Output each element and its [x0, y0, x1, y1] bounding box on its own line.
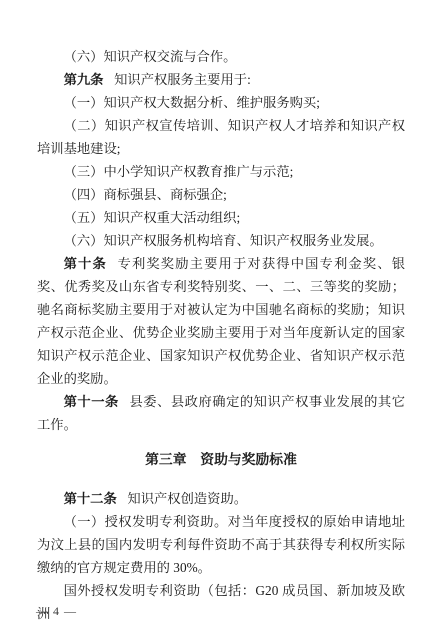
article-number: 第十一条 — [64, 394, 119, 409]
article-11-other-work: 第十一条县委、县政府确定的知识产权事业发展的其它工作。 — [37, 390, 405, 436]
article-body-text: 知识产权创造资助。 — [127, 491, 247, 506]
page-number: — 4 — — [36, 604, 77, 619]
paragraph-foreign-patent-subsidy: 国外授权发明专利资助（包括：G20 成员国、新加坡及欧洲 — [37, 579, 405, 625]
clause-6-exchange-cooperation: （六）知识产权交流与合作。 — [37, 45, 405, 68]
article-9-item-5: （五）知识产权重大活动组织; — [37, 206, 405, 229]
article-number: 第十二条 — [64, 491, 117, 506]
article-12-creation-subsidy: 第十二条知识产权创造资助。 — [37, 487, 405, 510]
document-page: （六）知识产权交流与合作。 第九条知识产权服务主要用于: （一）知识产权大数据分… — [0, 0, 441, 637]
article-9-item-2: （二）知识产权宣传培训、知识产权人才培养和知识产权培训基地建设; — [37, 114, 405, 160]
article-12-item-1: （一）授权发明专利资助。对当年度授权的原始申请地址为汶上县的国内发明专利每件资助… — [37, 510, 405, 579]
article-body-text: 专利奖奖励主要用于对获得中国专利金奖、银奖、优秀奖及山东省专利奖特别奖、一、二、… — [37, 256, 405, 386]
chapter-3-heading: 第三章 资助与奖励标准 — [37, 448, 405, 471]
article-9-item-1: （一）知识产权大数据分析、维护服务购买; — [37, 91, 405, 114]
article-9-services: 第九条知识产权服务主要用于: — [37, 68, 405, 91]
article-9-item-3: （三）中小学知识产权教育推广与示范; — [37, 160, 405, 183]
article-number: 第九条 — [64, 72, 104, 87]
article-9-item-4: （四）商标强县、商标强企; — [37, 183, 405, 206]
article-9-item-6: （六）知识产权服务机构培育、知识产权服务业发展。 — [37, 229, 405, 252]
article-number: 第十条 — [64, 256, 107, 271]
article-10-awards: 第十条专利奖奖励主要用于对获得中国专利金奖、银奖、优秀奖及山东省专利奖特别奖、一… — [37, 252, 405, 390]
document-text: （六）知识产权交流与合作。 第九条知识产权服务主要用于: （一）知识产权大数据分… — [37, 45, 405, 625]
article-body-text: 知识产权服务主要用于: — [114, 72, 251, 87]
